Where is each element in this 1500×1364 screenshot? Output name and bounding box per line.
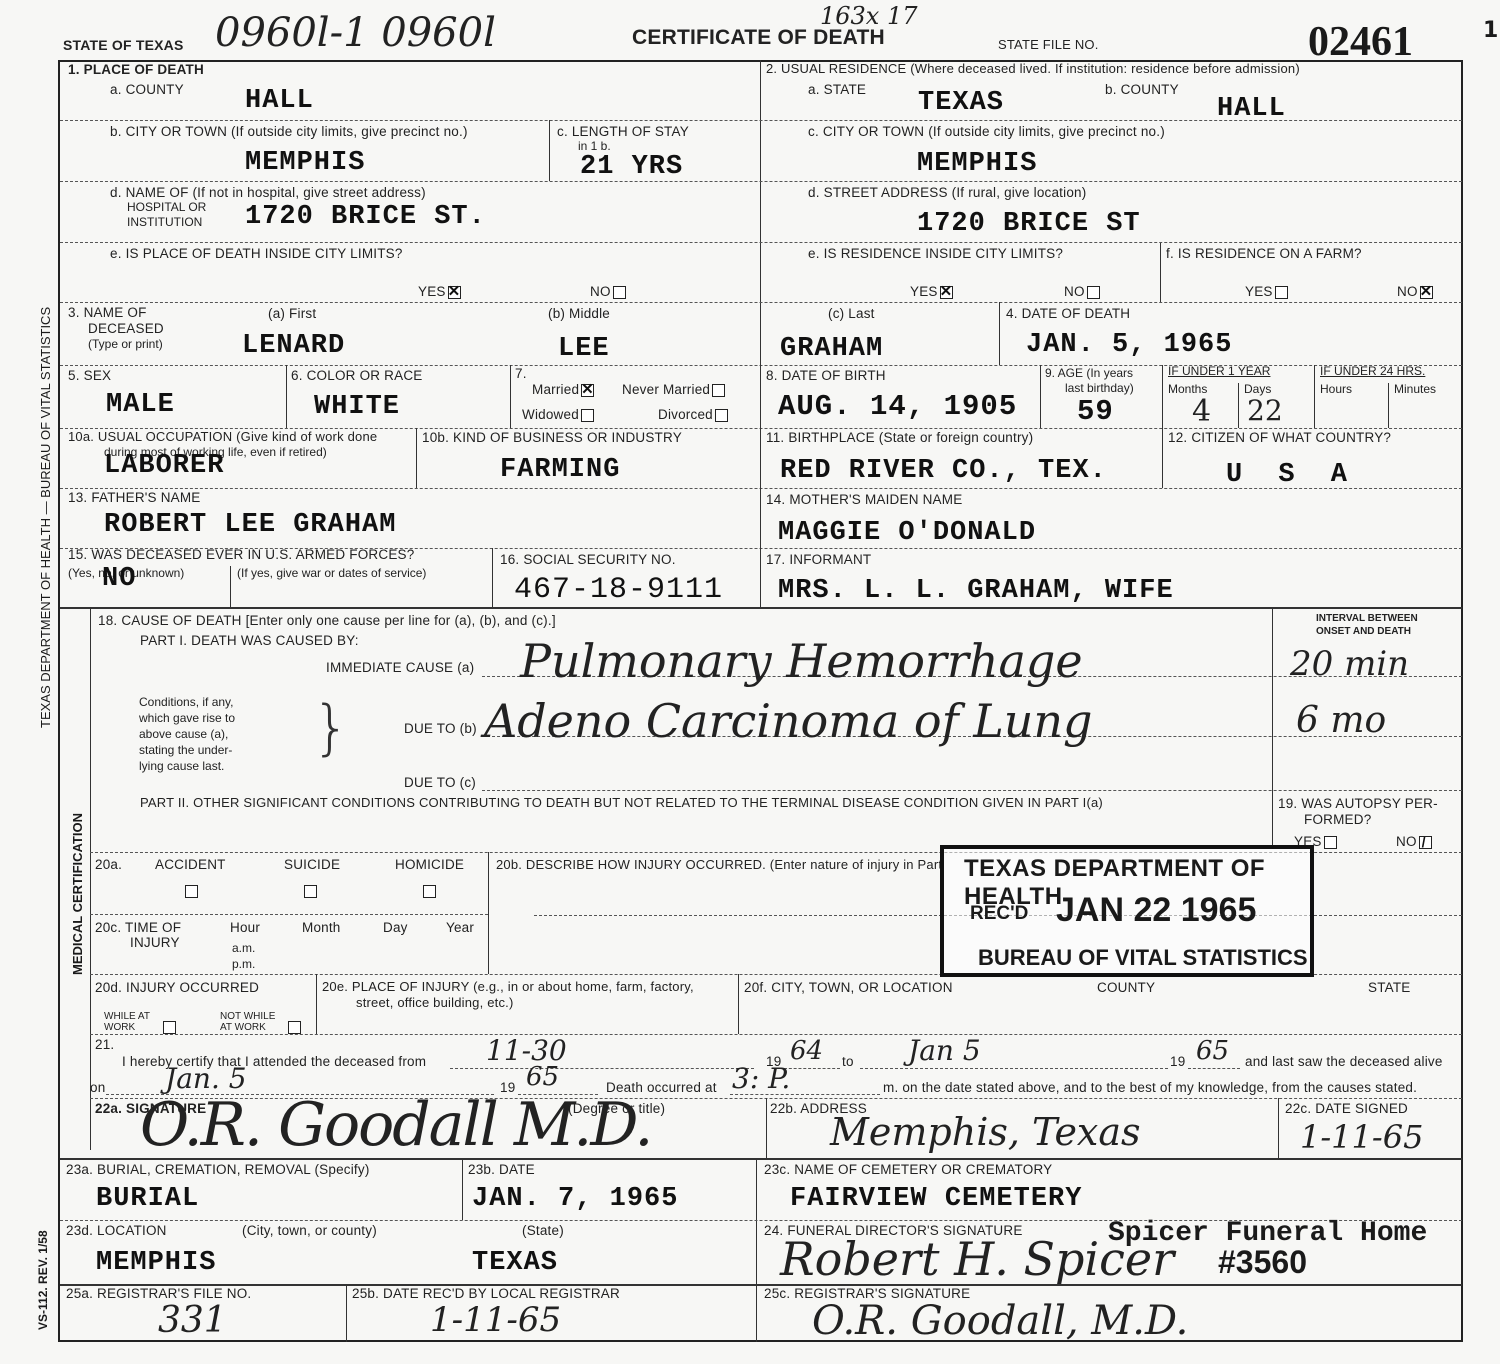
first-name-label: (a) First — [268, 306, 316, 322]
physician-address[interactable]: Memphis, Texas — [830, 1110, 1141, 1154]
stamp-line-3: BUREAU OF VITAL STATISTICS — [978, 945, 1308, 971]
side-department-text: TEXAS DEPARTMENT OF HEALTH — BUREAU OF V… — [38, 307, 53, 728]
marital-never-married[interactable]: Never Married — [622, 382, 725, 398]
informant-value[interactable]: MRS. L. L. GRAHAM, WIFE — [778, 576, 1174, 606]
dob-label: 8. DATE OF BIRTH — [766, 368, 886, 384]
injury-state-label: STATE — [1368, 980, 1411, 996]
checkbox[interactable] — [712, 384, 725, 397]
time-of-injury-label-2: INJURY — [130, 935, 180, 951]
checkbox-checked[interactable] — [581, 384, 594, 397]
citizen-label: 12. CITIZEN OF WHAT COUNTRY? — [1168, 430, 1391, 446]
informant-label: 17. INFORMANT — [766, 552, 871, 568]
autopsy-label-2: FORMED? — [1304, 812, 1371, 828]
residence-inside-limits-yes[interactable]: YES — [910, 284, 953, 300]
checkbox[interactable] — [185, 885, 198, 898]
mother-label: 14. MOTHER'S MAIDEN NAME — [766, 492, 962, 508]
certification-text-3: m. on the date stated above, and to the … — [883, 1080, 1417, 1096]
not-while-at-work[interactable]: NOT WHILE AT WORK — [220, 1011, 288, 1033]
length-of-stay-value[interactable]: 21 YRS — [580, 152, 683, 182]
cause-of-death-label: 18. CAUSE OF DEATH [Enter only one cause… — [98, 613, 556, 629]
autopsy-label: 19. WAS AUTOPSY PER- — [1278, 796, 1438, 812]
farm-yes[interactable]: YES — [1245, 284, 1288, 300]
middle-name-label: (b) Middle — [548, 306, 610, 322]
death-city-value[interactable]: MEMPHIS — [245, 148, 365, 178]
residence-street-value[interactable]: 1720 BRICE ST — [917, 209, 1141, 239]
months-value[interactable]: 4 — [1192, 394, 1211, 429]
first-name-value[interactable]: LENARD — [242, 331, 345, 361]
ssn-label: 16. SOCIAL SECURITY NO. — [500, 552, 676, 568]
death-city-label: b. CITY OR TOWN (If outside city limits,… — [110, 124, 468, 140]
on-label: on — [90, 1080, 105, 1096]
cemetery-value[interactable]: FAIRVIEW CEMETERY — [790, 1184, 1082, 1214]
ssn-value[interactable]: 467-18-9111 — [514, 573, 723, 607]
name-label-3: (Type or print) — [88, 338, 163, 352]
age-value[interactable]: 59 — [1077, 395, 1114, 428]
while-at-work[interactable]: WHILE AT WORK — [104, 1011, 164, 1033]
hospital-sub-2: INSTITUTION — [127, 216, 202, 230]
checkbox[interactable] — [1324, 836, 1337, 849]
checkbox[interactable] — [163, 1021, 176, 1034]
age-label-2: last birthday) — [1065, 382, 1134, 396]
under-24-label: IF UNDER 24 HRS. — [1320, 365, 1425, 379]
industry-label: 10b. KIND OF BUSINESS OR INDUSTRY — [422, 430, 682, 446]
date-signed-label: 22c. DATE SIGNED — [1285, 1101, 1408, 1117]
due-to-b-interval[interactable]: 6 mo — [1296, 700, 1386, 741]
checkbox-checked[interactable] — [1419, 836, 1432, 849]
race-label: 6. COLOR OR RACE — [291, 368, 422, 384]
attended-from-year[interactable]: 64 — [790, 1036, 823, 1066]
month-label: Month — [302, 920, 341, 936]
immediate-cause-value[interactable]: Pulmonary Hemorrhage — [520, 634, 1083, 688]
sex-value[interactable]: MALE — [106, 390, 175, 420]
date-of-death-value[interactable]: JAN. 5, 1965 — [1026, 330, 1232, 360]
checkbox[interactable] — [715, 409, 728, 422]
state-file-label: STATE FILE NO. — [998, 38, 1099, 53]
armed-forces-label: 15. WAS DECEASED EVER IN U.S. ARMED FORC… — [68, 547, 414, 563]
checkbox[interactable] — [1275, 286, 1288, 299]
residence-city-value[interactable]: MEMPHIS — [917, 149, 1037, 179]
race-value[interactable]: WHITE — [314, 392, 400, 422]
birthplace-label: 11. BIRTHPLACE (State or foreign country… — [766, 430, 1033, 446]
minutes-label: Minutes — [1394, 383, 1436, 397]
am-label: a.m. — [232, 942, 255, 956]
residence-state-label: a. STATE — [808, 82, 866, 98]
place-of-injury-label-2: street, office building, etc.) — [356, 996, 514, 1011]
disposition-location-label: 23d. LOCATION — [66, 1223, 167, 1239]
middle-name-value[interactable]: LEE — [558, 334, 610, 364]
immediate-cause-label: IMMEDIATE CAUSE (a) — [326, 660, 474, 676]
hour-label: Hour — [230, 920, 260, 936]
title-annotation: 163x 17 — [820, 2, 918, 30]
stamp-recd: REC'D — [970, 903, 1028, 925]
attended-to-year[interactable]: 65 — [1196, 1036, 1229, 1066]
dob-value[interactable]: AUG. 14, 1905 — [778, 390, 1017, 423]
farm-label: f. IS RESIDENCE ON A FARM? — [1166, 246, 1362, 262]
hospital-value[interactable]: 1720 BRICE ST. — [245, 202, 486, 232]
injury-type-label: 20a. — [95, 857, 122, 873]
margin-mark: 1 — [1483, 18, 1498, 43]
conditions-note: Conditions, if any, which gave rise to a… — [139, 694, 235, 774]
birthplace-value[interactable]: RED RIVER CO., TEX. — [780, 456, 1107, 486]
injury-suicide[interactable]: SUICIDE — [284, 857, 340, 898]
disposition-city-value[interactable]: MEMPHIS — [96, 1248, 216, 1278]
farm-no[interactable]: NO — [1397, 284, 1433, 300]
year-label: Year — [446, 920, 474, 936]
day-label: Day — [383, 920, 408, 936]
received-stamp: TEXAS DEPARTMENT OF HEALTH REC'D JAN 22 … — [940, 845, 1314, 977]
age-label: 9. AGE (In years — [1045, 367, 1133, 381]
death-inside-limits-no[interactable]: NO — [590, 284, 626, 300]
last-name-value[interactable]: GRAHAM — [780, 334, 883, 364]
marital-divorced[interactable]: Divorced — [658, 407, 728, 423]
citizen-value[interactable]: U S A — [1226, 460, 1357, 490]
certification-text-2: and last saw the deceased alive — [1245, 1054, 1443, 1070]
to-label: to — [842, 1054, 854, 1070]
attended-to-date[interactable]: Jan 5 — [908, 1034, 981, 1067]
death-time-value[interactable]: 3: P. — [732, 1062, 790, 1095]
checkbox[interactable] — [423, 885, 436, 898]
injury-city-label: 20f. CITY, TOWN, OR LOCATION — [744, 980, 953, 996]
funeral-home-number: #3560 — [1218, 1244, 1307, 1281]
part2-label: PART II. OTHER SIGNIFICANT CONDITIONS CO… — [140, 796, 1103, 811]
armed-forces-value[interactable]: NO — [102, 564, 136, 594]
date-signed-value[interactable]: 1-11-65 — [1300, 1118, 1423, 1156]
registrar-signature[interactable]: O.R. Goodall, M.D. — [812, 1298, 1188, 1344]
death-county-label: a. COUNTY — [110, 82, 184, 98]
residence-inside-limits-label: e. IS RESIDENCE INSIDE CITY LIMITS? — [808, 246, 1063, 262]
armed-forces-service-label: (If yes, give war or dates of service) — [237, 567, 426, 581]
injury-occurred-label: 20d. INJURY OCCURRED — [95, 980, 259, 996]
hospital-sub-1: HOSPITAL OR — [127, 201, 206, 215]
state-file-number: 02461 — [1308, 18, 1413, 66]
sex-label: 5. SEX — [68, 368, 111, 384]
marital-married[interactable]: Married — [532, 382, 594, 398]
residence-inside-limits-no[interactable]: NO — [1064, 284, 1100, 300]
injury-homicide[interactable]: HOMICIDE — [395, 857, 464, 898]
date-recd-value[interactable]: 1-11-65 — [430, 1300, 561, 1340]
residence-county-label: b. COUNTY — [1105, 82, 1179, 98]
checkbox-checked[interactable] — [1420, 286, 1433, 299]
name-label: 3. NAME OF — [68, 305, 147, 321]
disposition-date-value[interactable]: JAN. 7, 1965 — [472, 1184, 678, 1214]
days-value[interactable]: 22 — [1247, 394, 1283, 427]
part1-label: PART I. DEATH WAS CAUSED BY: — [140, 633, 359, 649]
mother-value[interactable]: MAGGIE O'DONALD — [778, 518, 1036, 548]
place-of-death-label: 1. PLACE OF DEATH — [68, 62, 204, 78]
hospital-label: d. NAME OF (If not in hospital, give str… — [110, 185, 426, 201]
hours-label: Hours — [1320, 383, 1352, 397]
marital-widowed[interactable]: Widowed — [522, 407, 594, 423]
occupation-value[interactable]: LABORER — [104, 451, 224, 481]
date-of-death-label: 4. DATE OF DEATH — [1006, 306, 1130, 322]
residence-label: 2. USUAL RESIDENCE (Where deceased lived… — [766, 62, 1300, 77]
checkbox[interactable] — [613, 286, 626, 299]
handwritten-file-codes: 0960l-1 0960l — [215, 10, 496, 56]
checkbox-checked[interactable] — [940, 286, 953, 299]
length-of-stay-label: c. LENGTH OF STAY — [557, 124, 689, 140]
state-label: STATE OF TEXAS — [63, 37, 184, 53]
residence-city-label: c. CITY OR TOWN (If outside city limits,… — [808, 124, 1165, 140]
location-city-sub: (City, town, or county) — [242, 1223, 377, 1239]
checkbox[interactable] — [304, 885, 317, 898]
form-number: VS-112. REV. 1/58 — [36, 1230, 50, 1330]
pm-label: p.m. — [232, 958, 255, 972]
time-of-injury-label: 20c. TIME OF — [95, 920, 181, 936]
name-label-2: DECEASED — [88, 321, 164, 337]
injury-county-label: COUNTY — [1097, 980, 1155, 996]
registrar-file-value[interactable]: 331 — [158, 1300, 227, 1341]
residence-street-label: d. STREET ADDRESS (If rural, give locati… — [808, 185, 1086, 201]
to-year-prefix: 19 — [1170, 1054, 1185, 1070]
industry-value[interactable]: FARMING — [500, 455, 620, 485]
checkbox[interactable] — [288, 1021, 301, 1034]
describe-injury-label: 20b. DESCRIBE HOW INJURY OCCURRED. (Ente… — [496, 858, 946, 873]
due-to-b-label: DUE TO (b) — [404, 721, 477, 737]
interval-label-2: ONSET AND DEATH — [1316, 626, 1411, 637]
certification-label: 21. — [95, 1037, 114, 1053]
physician-signature[interactable]: O.R. Goodall M.D. — [140, 1090, 651, 1160]
disposition-date-label: 23b. DATE — [468, 1162, 535, 1178]
stamp-date: JAN 22 1965 — [1056, 891, 1256, 930]
cemetery-label: 23c. NAME OF CEMETERY OR CREMATORY — [764, 1162, 1052, 1178]
disposition-method-label: 23a. BURIAL, CREMATION, REMOVAL (Specify… — [66, 1162, 370, 1178]
autopsy-no[interactable]: NO — [1396, 834, 1432, 850]
death-county-value[interactable]: HALL — [245, 86, 314, 116]
disposition-method-value[interactable]: BURIAL — [96, 1184, 199, 1214]
death-inside-limits-label: e. IS PLACE OF DEATH INSIDE CITY LIMITS? — [110, 246, 403, 262]
checkbox[interactable] — [581, 409, 594, 422]
due-to-b-value[interactable]: Adeno Carcinoma of Lung — [484, 694, 1093, 748]
disposition-state-value[interactable]: TEXAS — [472, 1248, 558, 1278]
marital-label: 7. — [515, 366, 527, 382]
last-seen-year[interactable]: 65 — [526, 1062, 559, 1092]
location-state-sub: (State) — [522, 1223, 564, 1239]
residence-county-value[interactable]: HALL — [1217, 94, 1286, 124]
last-name-label: (c) Last — [828, 306, 875, 322]
interval-label: INTERVAL BETWEEN — [1316, 613, 1418, 624]
due-to-c-label: DUE TO (c) — [404, 775, 476, 791]
residence-state-value[interactable]: TEXAS — [918, 88, 1004, 118]
immediate-cause-interval[interactable]: 20 min — [1290, 644, 1409, 684]
brace-icon: } — [312, 698, 350, 758]
place-of-injury-label: 20e. PLACE OF INJURY (e.g., in or about … — [322, 980, 694, 995]
occupation-label: 10a. USUAL OCCUPATION (Give kind of work… — [68, 430, 377, 445]
checkbox[interactable] — [1087, 286, 1100, 299]
injury-accident[interactable]: ACCIDENT — [155, 857, 226, 898]
death-inside-limits-yes[interactable]: YES — [418, 284, 461, 300]
father-value[interactable]: ROBERT LEE GRAHAM — [104, 510, 396, 540]
father-label: 13. FATHER'S NAME — [68, 490, 201, 506]
under-year-label: IF UNDER 1 YEAR — [1168, 365, 1270, 379]
checkbox-checked[interactable] — [448, 286, 461, 299]
